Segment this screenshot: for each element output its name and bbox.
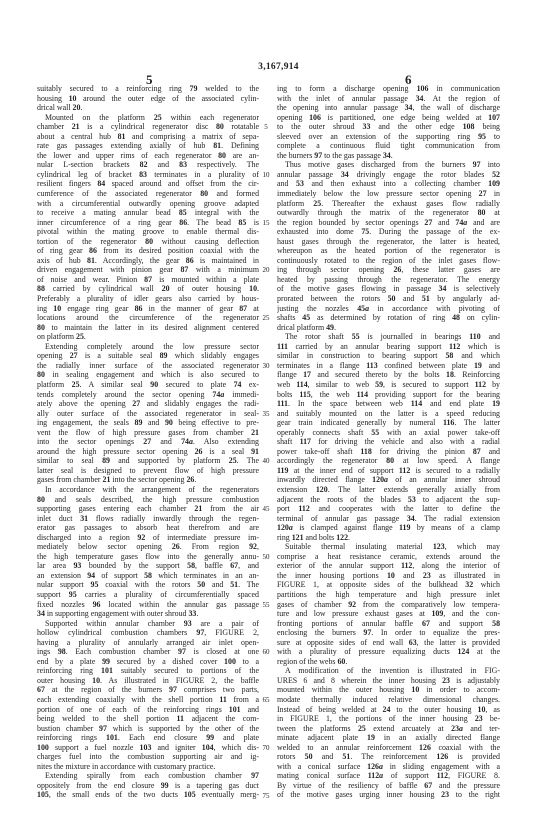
gutter-line-number: 60 bbox=[258, 648, 274, 658]
gutter-line-number: 20 bbox=[258, 266, 274, 276]
text-line: similar in construction to bearing suppo… bbox=[277, 351, 500, 361]
text-line: rate gas passages extending axially of h… bbox=[37, 141, 259, 151]
text-line: operably connects shaft 55 with an axial… bbox=[277, 428, 500, 438]
text-line: URES 6 and 8 wherein the inner housing 2… bbox=[277, 676, 500, 686]
gutter-line-number: 15 bbox=[258, 219, 274, 229]
text-line: cylindrical leg of bracket 83 terminates… bbox=[37, 170, 259, 180]
text-line: resilient fingers 84 spaced around and o… bbox=[37, 179, 259, 189]
text-line: the radially inner surface of the associ… bbox=[37, 361, 259, 371]
text-line: similar to seal 89 and supported by plat… bbox=[37, 456, 259, 466]
text-line: exterior of the annular support 112, alo… bbox=[277, 561, 500, 571]
text-line: of the motive gases flowing in passage 3… bbox=[277, 284, 500, 294]
text-line: A modification of the invention is illus… bbox=[277, 666, 500, 676]
text-line: ately above the opening 27 and slidably … bbox=[37, 399, 259, 409]
text-line: comprise a heat resistance ceramic, exte… bbox=[277, 552, 500, 562]
text-line: housing 10 around the outer edge of the … bbox=[37, 94, 259, 104]
text-line: opening 27 is a suitable seal 89 which s… bbox=[37, 351, 259, 361]
text-line: with the inlet of annular passage 34. At… bbox=[277, 94, 500, 104]
text-line: in FIGURE 1, the portions of the inner h… bbox=[277, 714, 500, 724]
gutter-line-number: 55 bbox=[258, 601, 274, 611]
text-line: ring 121 and bolts 122. bbox=[277, 533, 500, 543]
text-line: locations around the circumference of th… bbox=[37, 313, 259, 323]
text-line: sure at opposite sides of end wall 63, t… bbox=[277, 638, 500, 648]
text-line: being welded to the shell portion 11 adj… bbox=[37, 714, 259, 724]
text-line: prorated between the rotors 50 and 51 by… bbox=[277, 294, 500, 304]
text-line: shafts 45 as determined by rotation of r… bbox=[277, 313, 500, 323]
left-text-column: suitably secured to a reinforcing ring 7… bbox=[37, 84, 259, 800]
text-line: of noise and wear. Pinion 87 is mounted … bbox=[37, 275, 259, 285]
text-line: ally outer surface of the associated reg… bbox=[37, 409, 259, 419]
text-line: ing through sector opening 26, these lat… bbox=[277, 265, 500, 275]
text-line: enclosing the burners 97. In order to eq… bbox=[277, 628, 500, 638]
text-line: extension 120. The latter extends genera… bbox=[277, 485, 500, 495]
text-line: reinforcing rings 101. Each end closure … bbox=[37, 733, 259, 743]
text-line: minate adjacent plate 19 in an axially d… bbox=[277, 733, 500, 743]
gutter-line-number: 45 bbox=[258, 505, 274, 515]
text-line: 105, the small ends of the two ducts 105… bbox=[37, 790, 259, 800]
text-line: with a conical surface 126a in sliding e… bbox=[277, 762, 500, 772]
text-line: the burners 97 to the gas passage 34. bbox=[277, 151, 500, 161]
text-line: fronting portions of annular baffle 67 a… bbox=[277, 619, 500, 629]
text-line: 34 in supporting engagement with outer s… bbox=[37, 609, 259, 619]
right-text-column: ing to form a discharge opening 106 in c… bbox=[277, 84, 500, 800]
text-line: Preferably a plurality of idler gears al… bbox=[37, 294, 259, 304]
text-line: driven engagement with pinion gear 87 wi… bbox=[37, 265, 259, 275]
text-line: reinforcing ring 101 suitably secured to… bbox=[37, 666, 259, 676]
text-line: the inner housing portions 10 and 23 as … bbox=[277, 571, 500, 581]
text-line: immediately below the low pressure secto… bbox=[277, 189, 500, 199]
text-line: each extending coaxially with the shell … bbox=[37, 695, 259, 705]
text-line: platform 25. A similar seal 90 secured t… bbox=[37, 380, 259, 390]
text-line: modate thermally induced relative dimens… bbox=[277, 695, 500, 705]
gutter-line-number: 65 bbox=[258, 696, 274, 706]
text-line: platform 25. Thereafter the exhaust gase… bbox=[277, 199, 500, 209]
text-line: the lower and upper rims of each regener… bbox=[37, 151, 259, 161]
text-line: with a circumferential outwardly opening… bbox=[37, 199, 259, 209]
text-line: continuously rotated to the region of th… bbox=[277, 256, 500, 266]
text-line: rotors 50 and 51. The reinforcement 126 … bbox=[277, 752, 500, 762]
text-line: sleeved over an extension of the support… bbox=[277, 132, 500, 142]
text-line: Instead of being welded at 24 to the out… bbox=[277, 705, 500, 715]
text-line: discharged into a region 92 of intermedi… bbox=[37, 533, 259, 543]
text-line: cumference of the associated regenerator… bbox=[37, 189, 259, 199]
text-line: 111. In the space between web 114 and en… bbox=[277, 399, 500, 409]
text-line: bolts 115, the web 114 providing support… bbox=[277, 390, 500, 400]
text-line: exhausted into dome 75. During the passa… bbox=[277, 227, 500, 237]
text-line: and suitably mounted on the latter is a … bbox=[277, 409, 500, 419]
text-line: partitions the high temperature and high… bbox=[277, 590, 500, 600]
text-line: nites the mixture in accordance with cus… bbox=[37, 762, 259, 772]
text-line: ture and low pressure exhaust gases at 1… bbox=[277, 609, 500, 619]
text-line: tortion of the regenerator 80 without ca… bbox=[37, 237, 259, 247]
gutter-line-number: 50 bbox=[258, 553, 274, 563]
text-line: bustion chamber 97 which is supported by… bbox=[37, 724, 259, 734]
text-line: Suitable thermal insulating material 123… bbox=[277, 542, 500, 552]
text-line: whereupon as the heated portion of the r… bbox=[277, 246, 500, 256]
text-line: suitably secured to a reinforcing ring 7… bbox=[37, 84, 259, 94]
text-line: gases from chamber 21 into the sector op… bbox=[37, 475, 259, 485]
gutter-line-number: 10 bbox=[258, 171, 274, 181]
text-line: into the sector openings 27 and 74a. Als… bbox=[37, 437, 259, 447]
text-line: mounted within the outer housing 10 in o… bbox=[277, 685, 500, 695]
text-line: FIGURE 1, at opposite sides of the bulkh… bbox=[277, 580, 500, 590]
text-line: terminal of annular gas passage 34. The … bbox=[277, 514, 500, 524]
text-line: portion of one of each of the reinforcin… bbox=[37, 705, 259, 715]
text-line: 80 to maintain the latter in its desired… bbox=[37, 323, 259, 333]
text-line: with a plurality of pressure equalizing … bbox=[277, 647, 500, 657]
text-line: 119 at the inner end of support 112 is s… bbox=[277, 466, 500, 476]
text-line: tween the platforms 25 extend arcuately … bbox=[277, 724, 500, 734]
text-line: terminates in a flange 113 confined betw… bbox=[277, 361, 500, 371]
text-line: oppositely from the end closure 99 is a … bbox=[37, 781, 259, 791]
text-line: welded to an annular reinforcement 126 c… bbox=[277, 743, 500, 753]
text-line: ings 98. Each combustion chamber 97 is c… bbox=[37, 647, 259, 657]
text-line: end by a plate 99 secured by a dished co… bbox=[37, 657, 259, 667]
text-line: power take-off shaft 118 for driving the… bbox=[277, 447, 500, 457]
text-line: mediately below sector opening 26. From … bbox=[37, 542, 259, 552]
text-line: latter seal is designed to prevent flow … bbox=[37, 466, 259, 476]
text-line: lar area 93 bounded by the support 58, b… bbox=[37, 561, 259, 571]
text-line: gases of chamber 92 from the comparative… bbox=[277, 600, 500, 610]
text-line: justing the nozzles 45a in accordance wi… bbox=[277, 304, 500, 314]
text-line: accordingly the regenerator 80 at low sp… bbox=[277, 456, 500, 466]
text-line: 80 and seals described, the high pressur… bbox=[37, 495, 259, 505]
text-line: drical wall 20. bbox=[37, 103, 259, 113]
text-line: heated by passing through the regenerato… bbox=[277, 275, 500, 285]
text-line: to receive a mating annular bead 85 inte… bbox=[37, 208, 259, 218]
text-line: Extending spirally from each combustion … bbox=[37, 771, 259, 781]
text-line: Extending completely around the low pres… bbox=[37, 342, 259, 352]
text-line: Thus motive gases discharged from the bu… bbox=[277, 160, 500, 170]
gutter-line-number: 25 bbox=[258, 314, 274, 324]
text-line: ing to form a discharge opening 106 in c… bbox=[277, 84, 500, 94]
text-line: complete a continuous fluid tight commun… bbox=[277, 141, 500, 151]
text-line: inlet duct 31 flows radially inwardly th… bbox=[37, 514, 259, 524]
text-line: to the outer shroud 33 and the other edg… bbox=[277, 122, 500, 132]
text-line: inner circumference of a ring gear 86. T… bbox=[37, 218, 259, 228]
text-line: web 114, similar to web 59, is secured t… bbox=[277, 380, 500, 390]
text-line: haust gases through the regenerator, the… bbox=[277, 237, 500, 247]
text-line: supporting gases entering each chamber 2… bbox=[37, 504, 259, 514]
text-line: axis of hub 81. Accordingly, the gear 86… bbox=[37, 256, 259, 266]
text-line: hollow cylindrical combustion chambers 9… bbox=[37, 628, 259, 638]
gutter-line-number: 5 bbox=[258, 123, 274, 133]
text-line: 100 support a fuel nozzle 103 and ignite… bbox=[37, 743, 259, 753]
text-line: fixed nozzles 96 located within the annu… bbox=[37, 600, 259, 610]
text-line: region of the webs 60. bbox=[277, 657, 500, 667]
text-line: By virtue of the resiliency of baffle 67… bbox=[277, 781, 500, 791]
text-line: adjacent the roots of the blades 53 to a… bbox=[277, 495, 500, 505]
text-line: 111 carried by an annular bearing suppor… bbox=[277, 342, 500, 352]
gutter-line-number: 40 bbox=[258, 457, 274, 467]
gutter-line-number: 35 bbox=[258, 410, 274, 420]
text-line: and 53 and then exhaust into a collectin… bbox=[277, 179, 500, 189]
text-line: In accordance with the arrangement of th… bbox=[37, 485, 259, 495]
text-line: chamber 21 is a cylindrical regenerator … bbox=[37, 122, 259, 132]
text-line: ing 10 engage ring gear 86 in the manner… bbox=[37, 304, 259, 314]
text-line: mating conical surface 112a of support 1… bbox=[277, 771, 500, 781]
text-line: outwardly through the matrix of the rege… bbox=[277, 208, 500, 218]
text-line: support 95 carries a plurality of circum… bbox=[37, 590, 259, 600]
text-line: about a central hub 81 and comprising a … bbox=[37, 132, 259, 142]
text-line: of the motive gases urging inner housing… bbox=[277, 790, 500, 800]
text-line: outer housing 10. As illustrated in FIGU… bbox=[37, 676, 259, 686]
text-line: opening 106 is partitioned, one edge bei… bbox=[277, 113, 500, 123]
text-line: 120a is clamped against flange 119 by me… bbox=[277, 523, 500, 533]
gutter-line-number: 70 bbox=[258, 744, 274, 754]
text-line: annular passage 34 drivingly engage the … bbox=[277, 170, 500, 180]
text-line: vent the flow of high pressure gases fro… bbox=[37, 428, 259, 438]
text-line: gear train indicated generally by numera… bbox=[277, 418, 500, 428]
text-line: 67 at the region of the burners 97 compr… bbox=[37, 685, 259, 695]
text-line: 80 in sealing engagement and which is al… bbox=[37, 370, 259, 380]
text-line: inwardly directed flange 120a of an annu… bbox=[277, 475, 500, 485]
text-line: ing engagement, the seals 89 and 90 bein… bbox=[37, 418, 259, 428]
text-line: of ring gear 86 from its desired positio… bbox=[37, 246, 259, 256]
text-line: on platform 25. bbox=[37, 332, 259, 342]
text-line: the high temperature gases flow into the… bbox=[37, 552, 259, 562]
gutter-line-number: 75 bbox=[258, 792, 274, 802]
patent-number: 3,167,914 bbox=[0, 62, 557, 72]
text-line: around the high pressure sector opening … bbox=[37, 447, 259, 457]
text-line: erator gas passages to absorb heat there… bbox=[37, 523, 259, 533]
text-line: shaft 117 for driving the vehicle and al… bbox=[277, 437, 500, 447]
text-line: 88 carried by cylindrical wall 20 of out… bbox=[37, 284, 259, 294]
text-line: the opening into annular passage 34, the… bbox=[277, 103, 500, 113]
text-line: tends completely around the sector openi… bbox=[37, 390, 259, 400]
text-line: charges fuel into the combustion support… bbox=[37, 752, 259, 762]
text-line: an extension 94 of support 58 which term… bbox=[37, 571, 259, 581]
text-line: flange 17 and secured thereto by the bol… bbox=[277, 370, 500, 380]
text-line: having a plurality of annularly arranged… bbox=[37, 638, 259, 648]
text-line: nular support 95 coaxial with the rotors… bbox=[37, 580, 259, 590]
text-line: pivotal within the mating groove to enab… bbox=[37, 227, 259, 237]
text-line: Supported within annular chamber 93 are … bbox=[37, 619, 259, 629]
text-line: drical platform 49. bbox=[277, 323, 500, 333]
text-line: the region bounded by sector openings 27… bbox=[277, 218, 500, 228]
text-line: nular L-section brackets 82 and 83 respe… bbox=[37, 160, 259, 170]
text-line: port 112 and cooperates with the latter … bbox=[277, 504, 500, 514]
text-line: Mounted on the platform 25 within each r… bbox=[37, 113, 259, 123]
text-line: The rotor shaft 55 is journalled in bear… bbox=[277, 332, 500, 342]
gutter-line-number: 30 bbox=[258, 362, 274, 372]
